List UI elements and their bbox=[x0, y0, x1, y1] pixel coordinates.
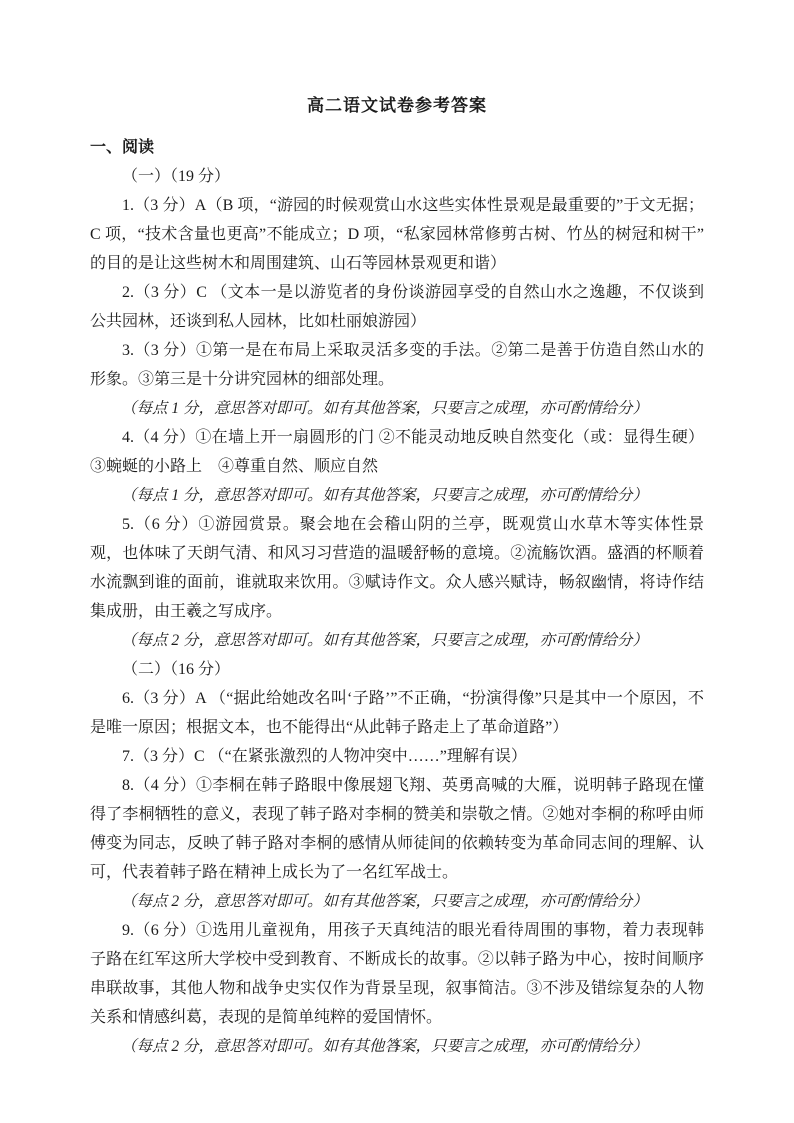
scoring-note-q5: （每点 2 分，意思答对即可。如有其他答案，只要言之成理，亦可酌情给分） bbox=[90, 626, 704, 655]
document-page: 高二语文试卷参考答案 一、阅读 （一）（19 分） 1.（3 分）A（B 项，“… bbox=[0, 0, 794, 1123]
answer-q1: 1.（3 分）A（B 项，“游园的时候观赏山水这些实体性景观是最重要的”于文无据… bbox=[90, 191, 704, 278]
page-number: 1 bbox=[0, 1038, 794, 1054]
scoring-note-q4: （每点 1 分，意思答对即可。如有其他答案，只要言之成理，亦可酌情给分） bbox=[90, 481, 704, 510]
answer-q9: 9.（6 分）①选用儿童视角，用孩子天真纯洁的眼光看待周围的事物，着力表现韩子路… bbox=[90, 916, 704, 1032]
subsection-heading-two: （二）（16 分） bbox=[90, 655, 704, 684]
answer-q6: 6.（3 分）A （“据此给她改名叫‘子路’”不正确，“扮演得像”只是其中一个原… bbox=[90, 684, 704, 742]
answer-q7: 7.（3 分）C （“在紧张激烈的人物冲突中……”理解有误） bbox=[90, 742, 704, 771]
scoring-note-q3: （每点 1 分，意思答对即可。如有其他答案，只要言之成理，亦可酌情给分） bbox=[90, 394, 704, 423]
answer-q2: 2.（3 分）C （文本一是以游览者的身份谈游园享受的自然山水之逸趣，不仅谈到公… bbox=[90, 278, 704, 336]
subsection-heading-one: （一）（19 分） bbox=[90, 162, 704, 191]
scoring-note-q8: （每点 2 分，意思答对即可。如有其他答案，只要言之成理，亦可酌情给分） bbox=[90, 887, 704, 916]
answer-q4: 4.（4 分）①在墙上开一扇圆形的门 ②不能灵动地反映自然变化（或：显得生硬）③… bbox=[90, 423, 704, 481]
page-title: 高二语文试卷参考答案 bbox=[90, 94, 704, 118]
answer-q8: 8.（4 分）①李桐在韩子路眼中像展翅飞翔、英勇高喊的大雁，说明韩子路现在懂得了… bbox=[90, 771, 704, 887]
section-heading-reading: 一、阅读 bbox=[90, 133, 704, 162]
answer-q5: 5.（6 分）①游园赏景。聚会地在会稽山阴的兰亭，既观赏山水草木等实体性景观，也… bbox=[90, 510, 704, 626]
answer-q3: 3.（3 分）①第一是在布局上采取灵活多变的手法。②第二是善于仿造自然山水的形象… bbox=[90, 336, 704, 394]
